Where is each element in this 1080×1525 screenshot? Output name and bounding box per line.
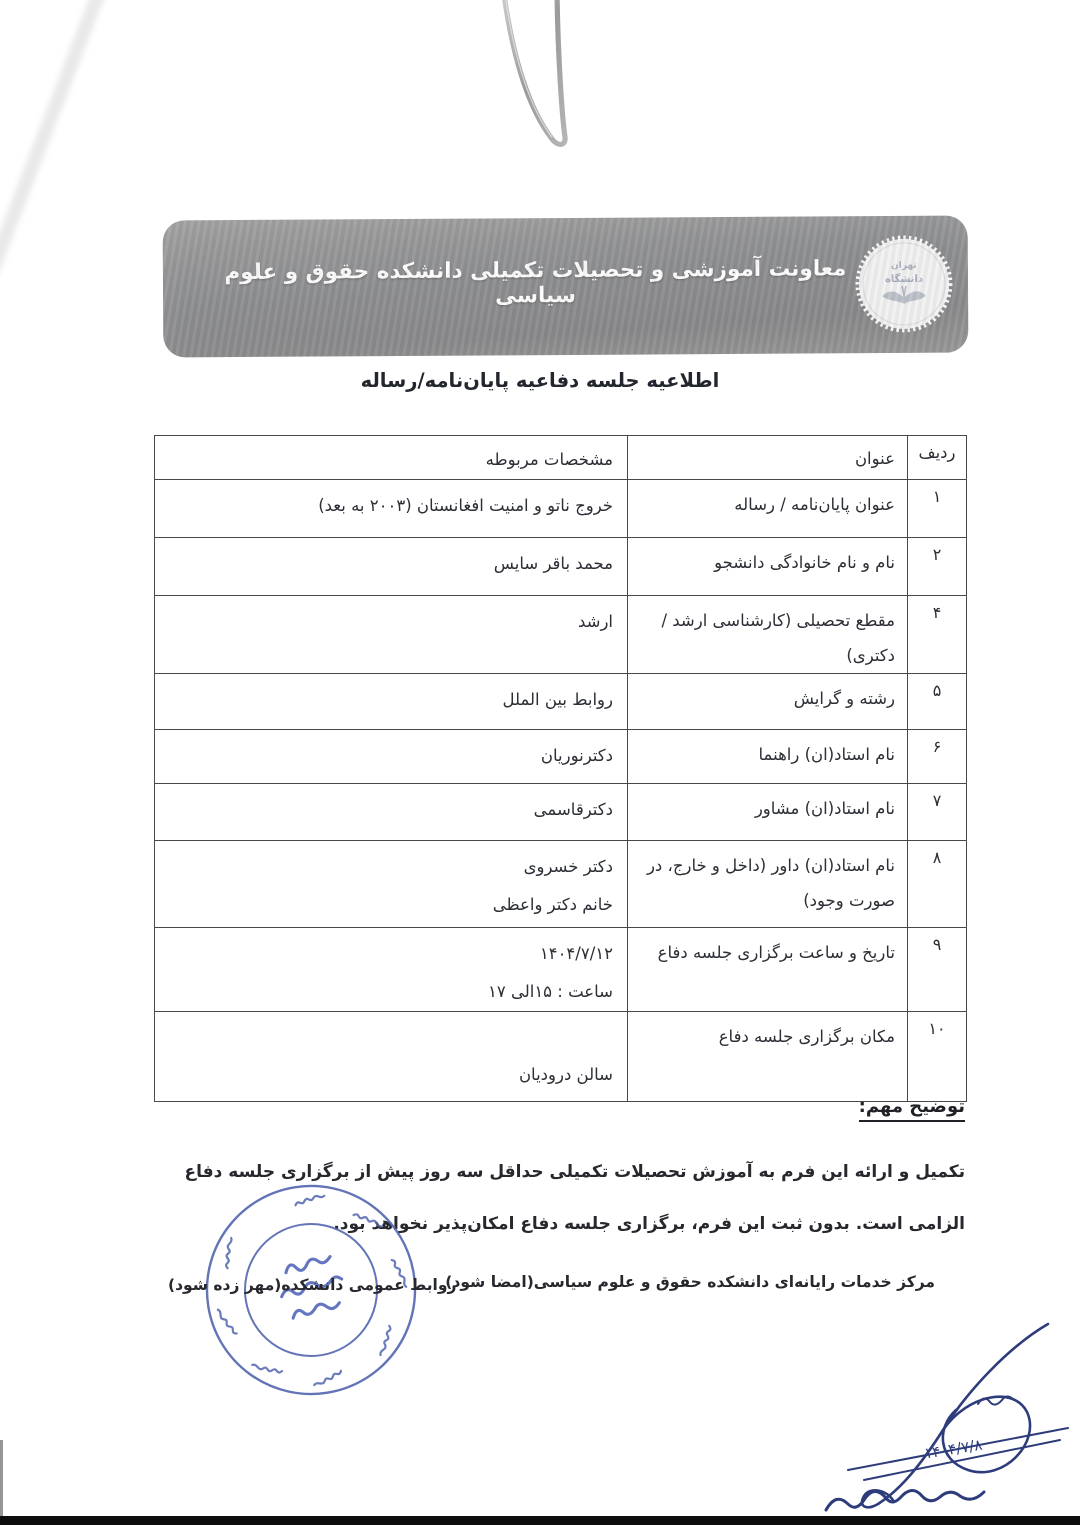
- row-details: دکترنوریان: [155, 730, 628, 784]
- table-row: ۵ رشته و گرایش روابط بین الملل: [155, 674, 967, 730]
- seal-text-line1: تهران: [891, 261, 917, 271]
- details-line: ساعت : ۱۵الی ۱۷: [163, 973, 613, 1011]
- row-title: عنوان پایان‌نامه / رساله: [628, 480, 908, 538]
- details-line: ارشد: [163, 603, 613, 641]
- department-banner: معاونت آموزشی و تحصیلات تکمیلی دانشکده ح…: [163, 216, 969, 358]
- details-line: محمد باقر سایس: [163, 545, 613, 583]
- paperclip-wire-highlight: [505, 0, 552, 137]
- table-row: ۱ عنوان پایان‌نامه / رساله خروج ناتو و ا…: [155, 480, 967, 538]
- details-line: سالن درودیان: [163, 1056, 613, 1094]
- details-line: ۱۴۰۴/۷/۱۲: [163, 935, 613, 973]
- details-line: دکترقاسمی: [163, 791, 613, 829]
- row-no: ۱۰: [908, 1012, 967, 1102]
- table-row: ۶ نام استاد(ان) راهنما دکترنوریان: [155, 730, 967, 784]
- details-line: خانم دکتر واعظی: [163, 886, 613, 924]
- row-details: محمد باقر سایس: [155, 538, 628, 596]
- row-no: ۲: [908, 538, 967, 596]
- row-details: دکتر خسروی خانم دکتر واعظی: [155, 841, 628, 928]
- details-line: روابط بین الملل: [163, 681, 613, 719]
- table-row: ۱۰ مکان برگزاری جلسه دفاع سالن درودیان: [155, 1012, 967, 1102]
- seal-text-line2: دانشگاه: [885, 272, 923, 285]
- row-details: دکترقاسمی: [155, 784, 628, 841]
- row-title: نام استاد(ان) داور (داخل و خارج، در صورت…: [628, 841, 908, 928]
- page-title: اطلاعیه جلسه دفاعیه پایان‌نامه/رساله: [0, 369, 1080, 392]
- scan-edge-artifact: [0, 1440, 3, 1516]
- row-no: ۷: [908, 784, 967, 841]
- details-line: خروج ناتو و امنیت افغانستان (۲۰۰۳ به بعد…: [163, 487, 613, 525]
- scanned-defense-announcement-form: معاونت آموزشی و تحصیلات تکمیلی دانشکده ح…: [0, 0, 1080, 1525]
- paperclip-icon: [478, 0, 588, 155]
- header-details: مشخصات مربوطه: [155, 436, 628, 480]
- row-title: مقطع تحصیلی (کارشناسی ارشد / دکتری): [628, 596, 908, 674]
- it-center-signature-label: مرکز خدمات رایانه‌ای دانشکده حقوق و علوم…: [445, 1273, 935, 1291]
- header-title: عنوان: [628, 436, 908, 480]
- signature-bottom-script: [826, 1490, 984, 1510]
- row-title: نام و نام خانوادگی دانشجو: [628, 538, 908, 596]
- row-details: ۱۴۰۴/۷/۱۲ ساعت : ۱۵الی ۱۷: [155, 928, 628, 1012]
- handwritten-signature: ۱۴۰۴/۷/۸: [806, 1310, 1080, 1520]
- row-title: نام استاد(ان) مشاور: [628, 784, 908, 841]
- row-no: ۶: [908, 730, 967, 784]
- table-row: ۹ تاریخ و ساعت برگزاری جلسه دفاع ۱۴۰۴/۷/…: [155, 928, 967, 1012]
- row-details: سالن درودیان: [155, 1012, 628, 1102]
- university-seal-icon: تهران دانشگاه: [854, 234, 955, 335]
- table-row: ۸ نام استاد(ان) داور (داخل و خارج، در صو…: [155, 841, 967, 928]
- table-row: ۴ مقطع تحصیلی (کارشناسی ارشد / دکتری) ار…: [155, 596, 967, 674]
- row-no: ۹: [908, 928, 967, 1012]
- scan-artifact: [0, 0, 109, 388]
- row-details: روابط بین الملل: [155, 674, 628, 730]
- row-details: خروج ناتو و امنیت افغانستان (۲۰۰۳ به بعد…: [155, 480, 628, 538]
- defense-info-table: ردیف عنوان مشخصات مربوطه ۱ عنوان پایان‌ن…: [154, 435, 967, 1102]
- row-no: ۱: [908, 480, 967, 538]
- table-header-row: ردیف عنوان مشخصات مربوطه: [155, 436, 967, 480]
- row-no: ۵: [908, 674, 967, 730]
- table-row: ۲ نام و نام خانوادگی دانشجو محمد باقر سا…: [155, 538, 967, 596]
- row-no: ۸: [908, 841, 967, 928]
- header-row-no: ردیف: [908, 436, 967, 480]
- row-title: رشته و گرایش: [628, 674, 908, 730]
- public-relations-stamp-label: روابط عمومی دانشکده(مهر زده شود): [168, 1276, 456, 1294]
- row-no: ۴: [908, 596, 967, 674]
- row-details: ارشد: [155, 596, 628, 674]
- banner-title: معاونت آموزشی و تحصیلات تکمیلی دانشکده ح…: [163, 255, 968, 318]
- row-title: نام استاد(ان) راهنما: [628, 730, 908, 784]
- details-line: دکترنوریان: [163, 737, 613, 775]
- row-title: مکان برگزاری جلسه دفاع: [628, 1012, 908, 1102]
- paperclip-wire: [504, 0, 565, 144]
- table-row: ۷ نام استاد(ان) مشاور دکترقاسمی: [155, 784, 967, 841]
- row-title: تاریخ و ساعت برگزاری جلسه دفاع: [628, 928, 908, 1012]
- details-line: دکتر خسروی: [163, 848, 613, 886]
- note-heading: توضیح مهم:: [859, 1096, 965, 1122]
